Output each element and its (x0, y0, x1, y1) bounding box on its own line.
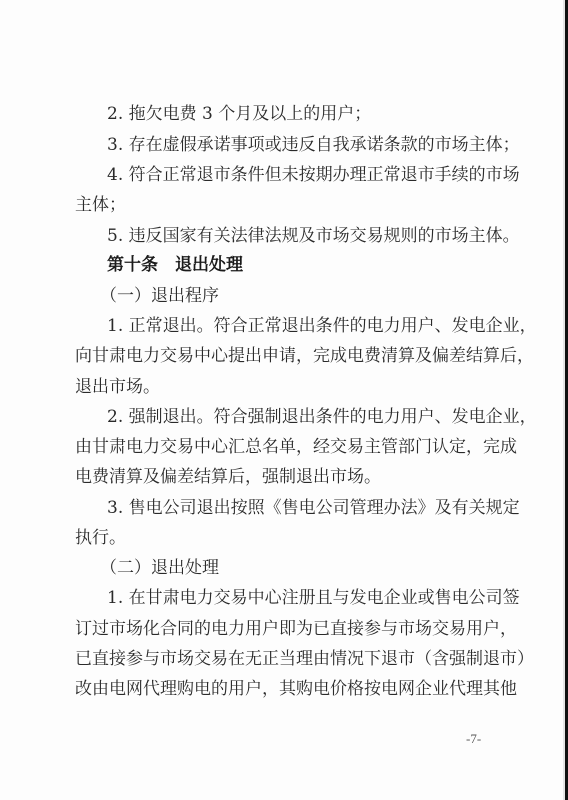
item-3-false-commitment: 3. 存在虚假承诺事项或违反自我承诺条款的市场主体； (107, 130, 483, 160)
procedure-3-retailer-exit: 3. 售电公司退出按照《售电公司管理办法》及有关规定 (107, 493, 483, 523)
procedure-3-continuation: 执行。 (75, 523, 483, 553)
handling-1-registered-users: 1. 在甘肃电力交易中心注册且与发电企业或售电公司签 (107, 583, 483, 613)
item-2-arrears: 2. 拖欠电费 3 个月及以上的用户； (107, 99, 483, 129)
item-4-continuation: 主体； (75, 190, 483, 220)
section-1-exit-procedure: （一）退出程序 (100, 281, 483, 311)
item-4-overdue-exit: 4. 符合正常退市条件但未按期办理正常退市手续的市场 (107, 160, 483, 190)
handling-1-continuation-c: 改由电网代理购电的用户，其购电价格按电网企业代理其他 (75, 674, 483, 704)
article-10-heading: 第十条 退出处理 (107, 250, 483, 280)
handling-1-continuation-b: 已直接参与市场交易在无正当理由情况下退市（含强制退市） (75, 644, 483, 674)
procedure-1-normal-exit: 1. 正常退出。符合正常退出条件的电力用户、发电企业， (107, 311, 483, 341)
procedure-2-continuation-a: 由甘肃电力交易中心汇总名单，经交易主管部门认定，完成 (75, 432, 483, 462)
page-number: -7- (466, 731, 481, 747)
procedure-1-continuation-b: 退出市场。 (75, 372, 483, 402)
document-page: 2. 拖欠电费 3 个月及以上的用户； 3. 存在虚假承诺事项或违反自我承诺条款… (0, 0, 565, 800)
procedure-1-continuation-a: 向甘肃电力交易中心提出申请，完成电费清算及偏差结算后， (75, 341, 483, 371)
item-5-violation: 5. 违反国家有关法律法规及市场交易规则的市场主体。 (107, 221, 483, 251)
procedure-2-forced-exit: 2. 强制退出。符合强制退出条件的电力用户、发电企业， (107, 402, 483, 432)
procedure-2-continuation-b: 电费清算及偏差结算后，强制退出市场。 (75, 462, 483, 492)
section-2-exit-handling: （二）退出处理 (100, 553, 483, 583)
handling-1-continuation-a: 订过市场化合同的电力用户即为已直接参与市场交易用户， (75, 614, 483, 644)
